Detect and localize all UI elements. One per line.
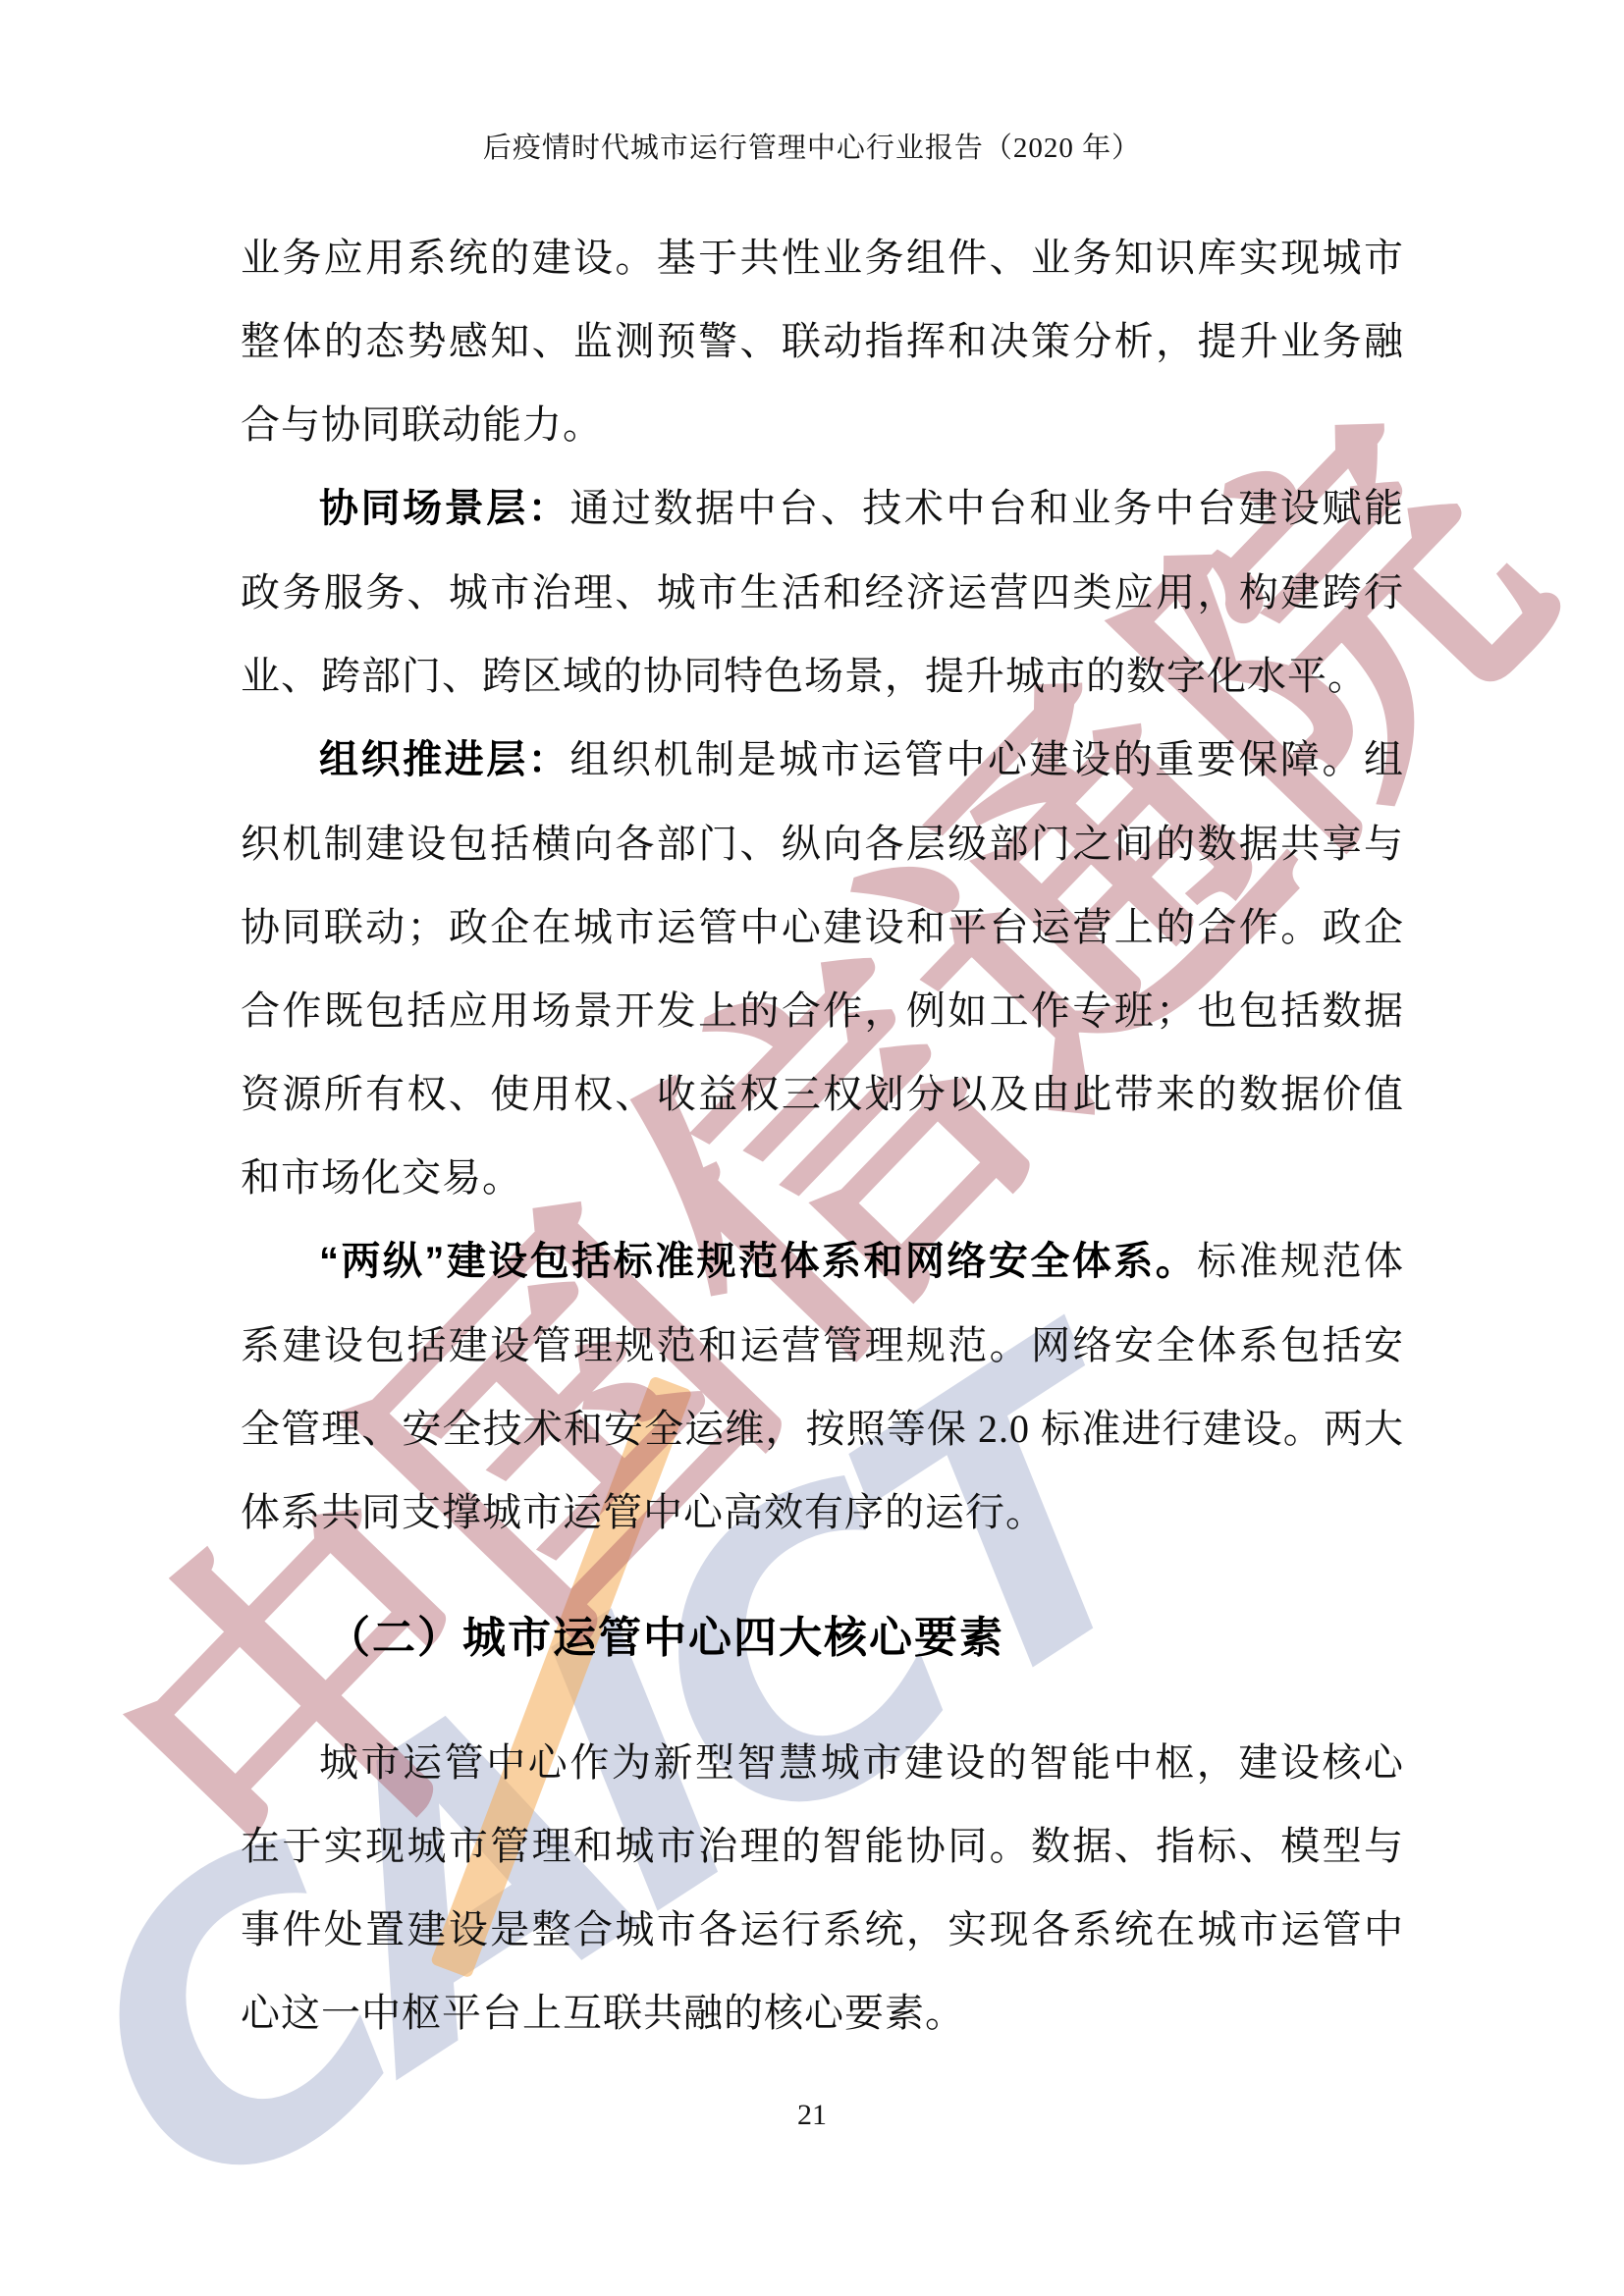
document-page: CAICT 中国信通院 后疫情时代城市运行管理中心行业报告（2020 年） 业务…	[0, 0, 1624, 2296]
document-content: 后疫情时代城市运行管理中心行业报告（2020 年） 业务应用系统的建设。基于共性…	[0, 0, 1624, 2296]
paragraph-3: 组织推进层：组织机制是城市运管中心建设的重要保障。组织机制建设包括横向各部门、纵…	[241, 718, 1404, 1219]
paragraph-3-text: 组织机制是城市运管中心建设的重要保障。组织机制建设包括横向各部门、纵向各层级部门…	[241, 737, 1404, 1200]
paragraph-4-text: 标准规范体系建设包括建设管理规范和运营管理规范。网络安全体系包括安全管理、安全技…	[241, 1239, 1404, 1534]
paragraph-5: 城市运管中心作为新型智慧城市建设的智能中枢，建设核心在于实现城市管理和城市治理的…	[241, 1721, 1404, 2055]
report-header-title: 后疫情时代城市运行管理中心行业报告（2020 年）	[0, 126, 1624, 166]
paragraph-1: 业务应用系统的建设。基于共性业务组件、业务知识库实现城市整体的态势感知、监测预警…	[241, 216, 1404, 466]
paragraph-2-lead: 协同场景层：	[319, 487, 569, 530]
section-heading: （二）城市运管中心四大核心要素	[241, 1593, 1404, 1683]
page-number: 21	[0, 2099, 1624, 2132]
paragraph-2: 协同场景层：通过数据中台、技术中台和业务中台建设赋能政务服务、城市治理、城市生活…	[241, 466, 1404, 718]
paragraph-3-lead: 组织推进层：	[319, 738, 569, 781]
body-text: 业务应用系统的建设。基于共性业务组件、业务知识库实现城市整体的态势感知、监测预警…	[241, 216, 1404, 2055]
paragraph-4-lead: “两纵”建设包括标准规范体系和网络安全体系。	[319, 1240, 1197, 1283]
paragraph-4: “两纵”建设包括标准规范体系和网络安全体系。标准规范体系建设包括建设管理规范和运…	[241, 1219, 1404, 1554]
